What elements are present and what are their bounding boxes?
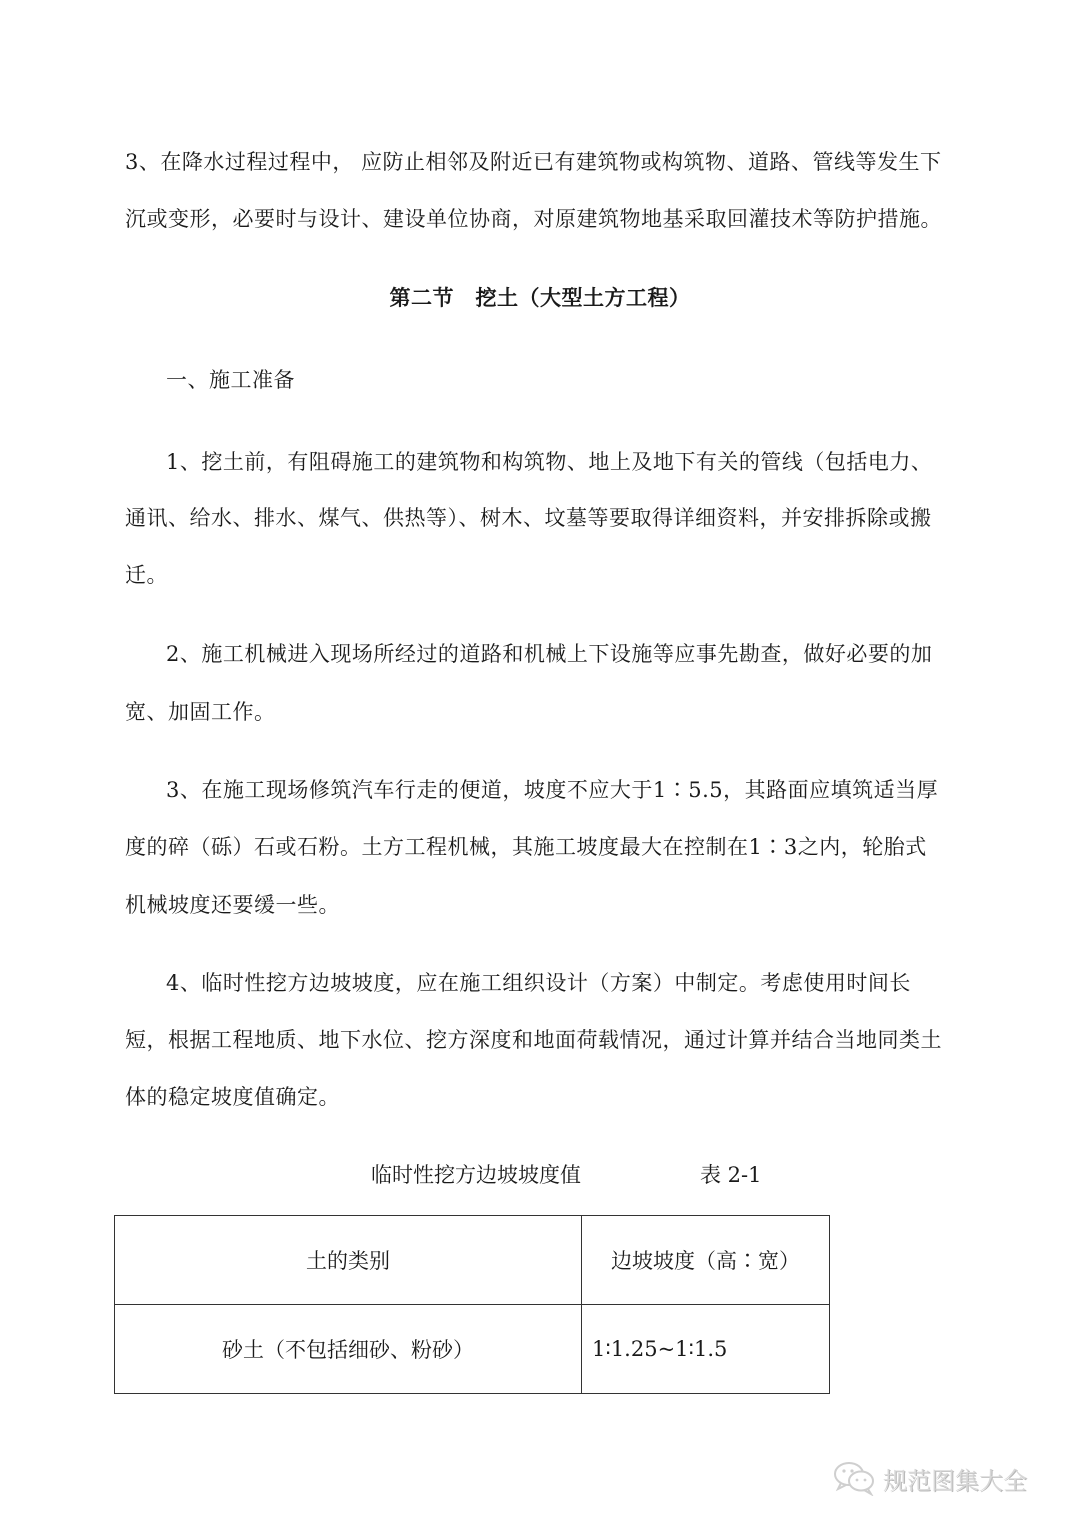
item-3-line-2: 度的碎（砾）石或石粉。土方工程机械，其施工坡度最大在控制在1∶3之内，轮胎式 [125,833,927,861]
item-2-line-1: 2、施工机械进入现场所经过的道路和机械上下设施等应事先勘查，做好必要的加 [166,640,932,668]
table-row: 砂土（不包括细砂、粉砂） 1∶1.25~1∶1.5 [115,1305,830,1394]
table-cell-slope-ratio: 1∶1.25~1∶1.5 [582,1305,830,1394]
item-4-line-1: 4、临时性挖方边坡坡度，应在施工组织设计（方案）中制定。考虑使用时间长 [166,969,911,997]
table-cell-soil-type: 砂土（不包括细砂、粉砂） [115,1305,582,1394]
item-1-line-2: 通讯、给水、排水、煤气、供热等）、树木、坟墓等要取得详细资料，并安排拆除或搬 [125,504,932,532]
table-number: 表 2-1 [700,1161,762,1189]
item-1-line-1: 1、挖土前，有阻碍施工的建筑物和构筑物、地上及地下有关的管线（包括电力、 [166,448,932,476]
table-header-slope-ratio: 边坡坡度（高∶宽） [582,1216,830,1305]
watermark: 规范图集大全 [833,1460,1027,1496]
table-header-soil-type: 土的类别 [115,1216,582,1305]
item-3-line-1: 3、在施工现场修筑汽车行走的便道，坡度不应大于1∶5.5，其路面应填筑适当厚 [166,776,938,804]
table-header-row: 土的类别 边坡坡度（高∶宽） [115,1216,830,1305]
item-4-line-2: 短，根据工程地质、地下水位、挖方深度和地面荷载情况，通过计算并结合当地同类土 [125,1026,942,1054]
item-2-line-2: 宽、加固工作。 [125,698,276,726]
table-caption: 临时性挖方边坡坡度值 [371,1161,581,1189]
intro-line-1: 3、在降水过程过程中， 应防止相邻及附近已有建筑物或构筑物、道路、管线等发生下 [125,148,942,176]
item-1-line-3: 迁。 [125,561,168,589]
item-3-line-3: 机械坡度还要缓一些。 [125,891,340,919]
watermark-text: 规范图集大全 [883,1461,1027,1496]
intro-line-2: 沉或变形，必要时与设计、建设单位协商，对原建筑物地基采取回灌技术等防护措施。 [125,205,942,233]
wechat-icon [833,1460,877,1496]
subsection-title: 一、施工准备 [166,366,295,394]
slope-table: 土的类别 边坡坡度（高∶宽） 砂土（不包括细砂、粉砂） 1∶1.25~1∶1.5 [114,1215,830,1394]
section-title: 第二节 挖土（大型土方工程） [0,284,1080,312]
item-4-line-3: 体的稳定坡度值确定。 [125,1083,340,1111]
